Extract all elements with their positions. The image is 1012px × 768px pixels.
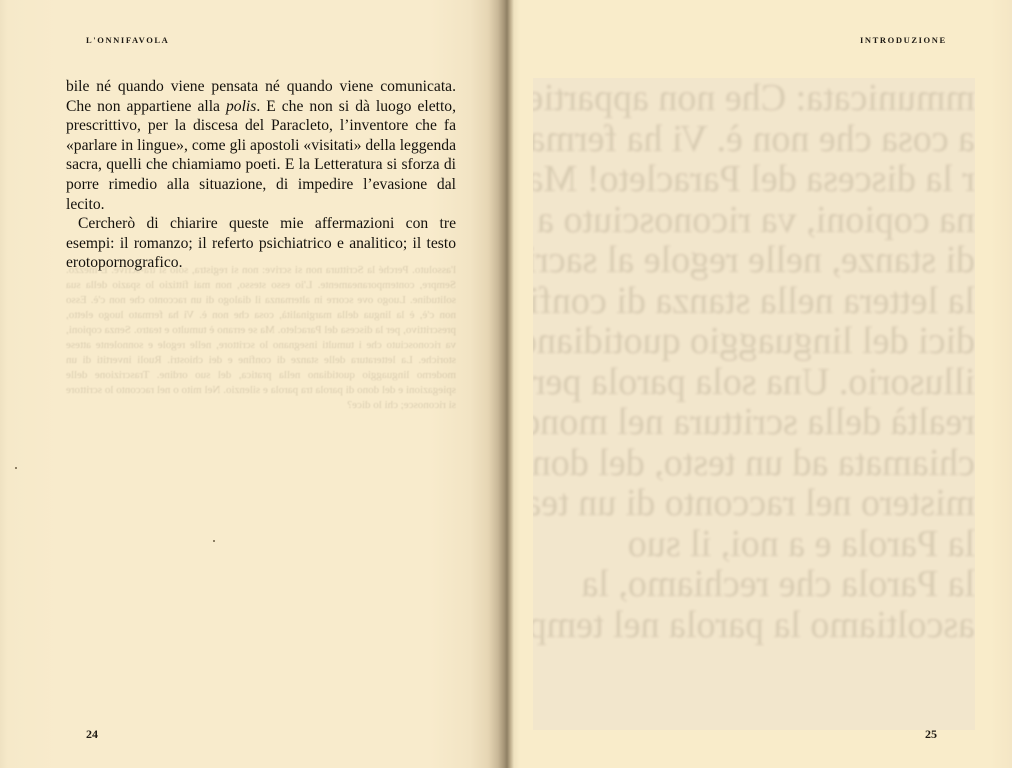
- page-number-right: 25: [925, 727, 937, 742]
- running-head-left: L'onnifavola: [86, 35, 169, 45]
- bleed-line: la Parola e a noi, il suo: [533, 524, 975, 565]
- bleed-line: na copioni, va riconosciuto a nome: [533, 200, 975, 241]
- right-page: Introduzione mmunicata: Che non appartie…: [510, 0, 1012, 768]
- bleed-line: la lettera nella stanza di confine: [533, 281, 975, 322]
- ink-speck: [15, 467, 17, 469]
- bleed-line: ascoltiamo la parola nel tempo: [533, 605, 975, 646]
- bleed-through-text-left: l'assoluto. Perché la Scrittura non si s…: [66, 263, 456, 413]
- bleed-line: di stanze, nelle regole al sacrificio: [533, 240, 975, 281]
- bleed-through-panel: mmunicata: Che non appartiene alla polis…: [533, 78, 975, 730]
- bleed-line: chiamata ad un testo, del dono: [533, 443, 975, 484]
- paragraph-2: Cercherò di chiarire queste mie affermaz…: [66, 214, 456, 273]
- paragraph-1: bile né quando viene pensata né quando v…: [66, 77, 456, 214]
- body-text: bile né quando viene pensata né quando v…: [66, 77, 456, 273]
- ink-speck: [213, 540, 215, 542]
- bleed-line: r la discesa del Paracleto! Ma se errano: [533, 159, 975, 200]
- bleed-line: a cosa che non è. Vi ha fermato luogo: [533, 119, 975, 160]
- book-spread: L'onnifavola l'assoluto. Perché la Scrit…: [0, 0, 1012, 768]
- bleed-line: dici del linguaggio quotidiano nella: [533, 321, 975, 362]
- bleed-line: realtà della scrittura nel mondo: [533, 402, 975, 443]
- italic-term-polis: polis: [226, 98, 256, 115]
- running-head-right: Introduzione: [860, 35, 947, 45]
- bleed-through-lines: mmunicata: Che non appartiene alla polis…: [533, 78, 975, 730]
- left-page: L'onnifavola l'assoluto. Perché la Scrit…: [0, 0, 505, 768]
- page-number-left: 24: [86, 727, 98, 742]
- bleed-line: la Parola che rechiamo, la: [533, 564, 975, 605]
- bleed-line: mistero nel racconto di un teatro: [533, 483, 975, 524]
- bleed-line: illusorio. Una sola parola per tutto: [533, 362, 975, 403]
- bleed-line: mmunicata: Che non appartiene alla polis: [533, 78, 975, 119]
